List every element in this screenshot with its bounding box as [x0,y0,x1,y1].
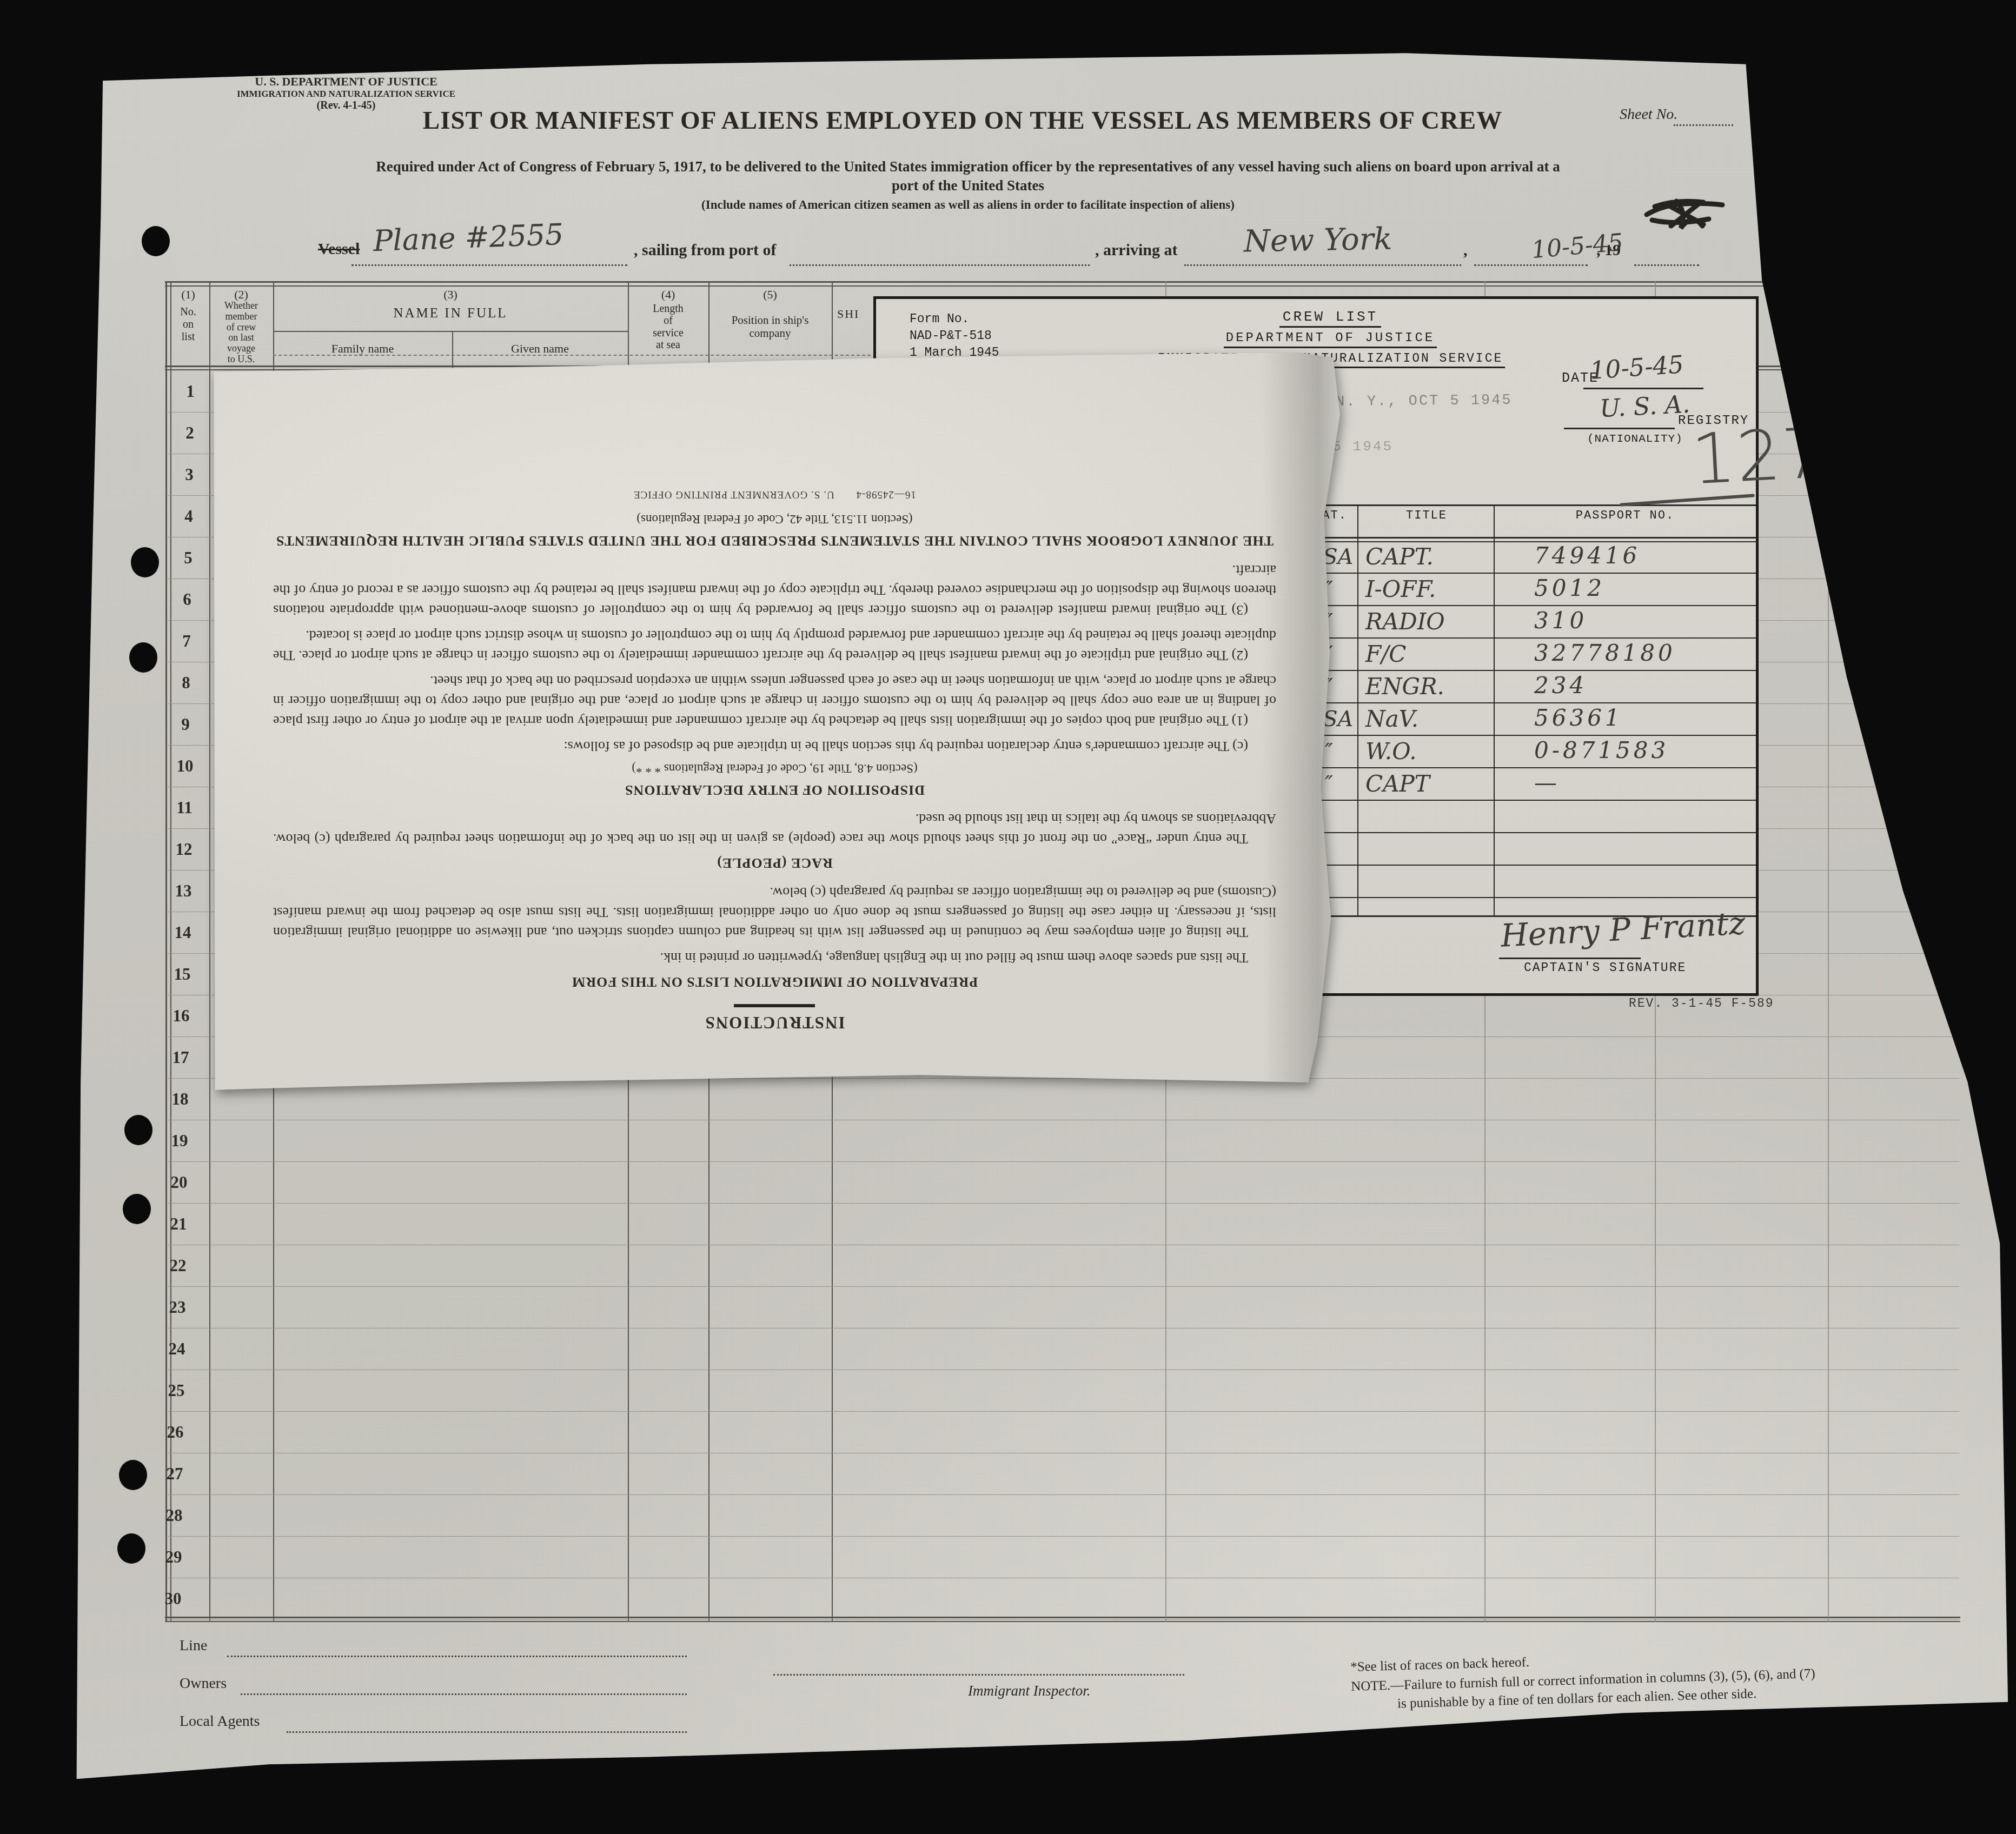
instructions-code: 16—24598-4 U. S. GOVERNMENT PRINTING OFF… [273,488,1276,500]
row-number: 17 [159,1048,202,1067]
year-label: , 19 [1596,241,1621,260]
crew-form-no-1: Form No. [910,311,999,328]
row-number: 18 [158,1089,202,1109]
rev-note: REV. 3-1-45 F-589 [1629,996,1774,1011]
arriving-field [1184,264,1461,266]
crew-heading-2: DEPARTMENT OF JUSTICE [1224,331,1437,348]
crew-passport-value: 234 [1534,672,1587,699]
crew-title-value: RADIO [1365,608,1445,635]
vessel-value-handwriting: Plane #2555 [373,217,564,258]
instructions-title: INSTRUCTIONS [273,1013,1276,1032]
instructions-sect: (Section 11.513, Title 42, Code of Feder… [273,512,1276,526]
instructions-rule [734,1004,815,1007]
table-row-line [167,1578,1959,1578]
include-note: (Include names of American citizen seame… [124,198,1812,212]
arriving-value-handwriting: New York [1243,222,1392,260]
department-name: U. S. DEPARTMENT OF JUSTICE [216,75,476,89]
col4-number: (4) [628,288,708,302]
crew-title-value: CAPT. [1365,543,1434,570]
col5-header: Position in ship's company [708,314,832,340]
table-row-line [167,1286,1959,1287]
instructions-sheet-overlay: INSTRUCTIONSPREPARATION OF IMMIGRATION L… [208,353,1341,1091]
row-number: 7 [165,632,208,651]
instructions-p: (1) The original and both copies of the … [273,670,1276,730]
local-agents-label: Local Agents [180,1713,260,1730]
row-number: 23 [156,1298,199,1317]
crew-grid-line [1357,504,1358,915]
punch-hole [117,1533,145,1564]
pencil-count-127: 127 [1689,413,1829,501]
row-number: 22 [156,1256,200,1275]
col3-header: NAME IN FULL [273,306,628,321]
subtitle-line1: Required under Act of Congress of Februa… [124,158,1812,176]
row-number: 5 [167,548,210,568]
owners-field [241,1693,687,1695]
local-agents-field [287,1731,687,1733]
row-number: 20 [157,1173,201,1192]
inspector-label: Immigrant Inspector. [968,1683,1090,1699]
captain-signature-handwriting: Henry P Frantz [1500,905,1746,954]
table-row-line [167,1161,1959,1162]
row-number: 13 [162,881,205,901]
crew-passport-value: 5012 [1534,575,1605,601]
instructions-p: (c) The aircraft commander's entry decla… [273,736,1276,756]
instructions-p: The lists and spaces above them must be … [273,947,1276,967]
row-number: 2 [168,423,211,443]
crew-grid-line [1494,504,1495,915]
row-number: 25 [155,1381,198,1400]
table-row-line [167,1203,1959,1204]
page-title: LIST OR MANIFEST OF ALIENS EMPLOYED ON T… [341,106,1584,135]
crew-title-value: W.O. [1365,738,1417,765]
row-number: 12 [162,840,205,859]
arriving-label: , arriving at [1095,241,1177,260]
crew-passport-value: 310 [1534,607,1587,634]
punch-hole [131,547,159,577]
table-row-line [167,1411,1959,1412]
manifest-sheet: Form I-480 U. S. DEPARTMENT OF JUSTICE I… [0,0,2016,1834]
sheet-no-field [1674,124,1733,126]
pencil-scribble [1644,190,1725,234]
col4-header: Length of service at sea [628,303,708,351]
owners-label: Owners [180,1675,227,1692]
line-field [227,1656,687,1657]
row-number: 21 [157,1214,200,1234]
row-number: 16 [160,1006,203,1026]
punch-hole [123,1194,151,1224]
footer-notes: *See list of races on back hereof. NOTE.… [1350,1647,1816,1713]
table-row-line [167,1494,1959,1495]
vessel-field [352,264,627,266]
sheet-no-label: Sheet No. [1620,106,1677,123]
instructions-h: RACE (PEOPLE) [273,855,1276,871]
date-field [1474,264,1588,266]
captain-signature-label: CAPTAIN'S SIGNATURE [1524,961,1686,975]
crew-passport-value: 749416 [1534,542,1640,569]
crew-col-title: TITLE [1359,509,1494,522]
crew-date-value: 10-5-45 [1589,350,1685,385]
line-label: Line [180,1637,207,1654]
table-row-line [167,1453,1959,1453]
table-row-line [167,1619,1959,1620]
crew-nationality-value: U. S. A. [1599,390,1691,423]
crew-passport-value: 32778180 [1534,640,1676,666]
form-number: Form I-480 [216,59,476,75]
year-field [1634,264,1699,266]
instructions-text: INSTRUCTIONSPREPARATION OF IMMIGRATION L… [273,488,1276,1032]
table-row-line [167,1370,1959,1370]
row-number: 11 [163,798,206,818]
instructions-p: The listing of alien employees may be co… [273,882,1276,942]
crew-title-value: ENGR. [1365,673,1444,700]
punch-hole [142,226,170,256]
row-number: 30 [151,1589,195,1609]
row-number: 1 [169,382,212,401]
instructions-p: (2) The original and triplicate of the i… [273,625,1276,665]
table-row-line [167,1536,1959,1537]
row-number: 29 [152,1547,195,1567]
row-number: 28 [152,1506,196,1525]
row-number: 19 [158,1131,201,1151]
row-number: 9 [164,715,207,734]
crew-col-passport: PASSPORT NO. [1495,509,1755,522]
crew-passport-value: 56361 [1534,705,1623,731]
col3-number: (3) [273,288,628,302]
crew-passport-value: 0-871583 [1534,737,1669,763]
crew-title-value: NaV. [1365,706,1418,732]
punch-hole [129,642,157,673]
crew-title-value: I-OFF. [1365,576,1436,602]
row-number: 15 [161,965,204,984]
comma: , [1463,241,1468,260]
crew-passport-value: — [1534,769,1560,796]
col1-header: No. on list [169,306,208,343]
punch-hole [124,1115,152,1145]
row-number: 4 [167,507,210,526]
instructions-p: The entry under “Race” on the front of t… [273,809,1276,849]
row-number: 24 [155,1339,198,1359]
nationality-label: (NATIONALITY) [1587,433,1683,446]
table-row-line [167,1328,1959,1328]
punch-hole [119,1460,147,1490]
row-number: 8 [164,673,208,693]
instructions-h: THE JOURNEY LOGBOOK SHALL CONTAIN THE ST… [273,533,1276,549]
sailing-port-field [790,264,1090,266]
col1-number: (1) [169,288,208,302]
instructions-p: (3) The original inward manifest deliver… [273,560,1276,620]
agency-block: Form I-480 U. S. DEPARTMENT OF JUSTICE I… [216,59,476,112]
row-number: 27 [153,1464,196,1484]
crew-form-no-2: NAD-P&T-518 [910,328,999,344]
instructions-h: PREPARATION OF IMMIGRATION LISTS ON THIS… [273,974,1276,990]
col6-header-fragment: SHI [837,307,859,321]
instructions-sect: (Section 4.8, Title 19, Code of Federal … [273,761,1276,775]
row-number: 3 [168,465,211,484]
row-number: 14 [161,923,204,942]
crew-title-value: F/C [1365,641,1406,667]
table-row-line [167,1120,1959,1120]
instructions-h: DISPOSITION OF ENTRY DECLARATIONS [273,782,1276,798]
crew-heading-1: CREW LIST [1279,309,1381,328]
row-number: 10 [163,756,207,776]
crew-title-value: CAPT [1365,770,1430,797]
table-row-line [167,1245,1959,1245]
service-name: IMMIGRATION AND NATURALIZATION SERVICE [216,89,476,99]
row-number: 6 [165,590,209,609]
subtitle-line2: port of the United States [124,177,1812,194]
row-number: 26 [154,1423,197,1442]
scanned-document: Form I-480 U. S. DEPARTMENT OF JUSTICE I… [0,0,2016,1834]
vessel-label: Vessel [318,240,360,258]
col5-number: (5) [708,288,832,302]
inspector-field [773,1674,1184,1676]
sailing-label: , sailing from port of [634,241,777,260]
